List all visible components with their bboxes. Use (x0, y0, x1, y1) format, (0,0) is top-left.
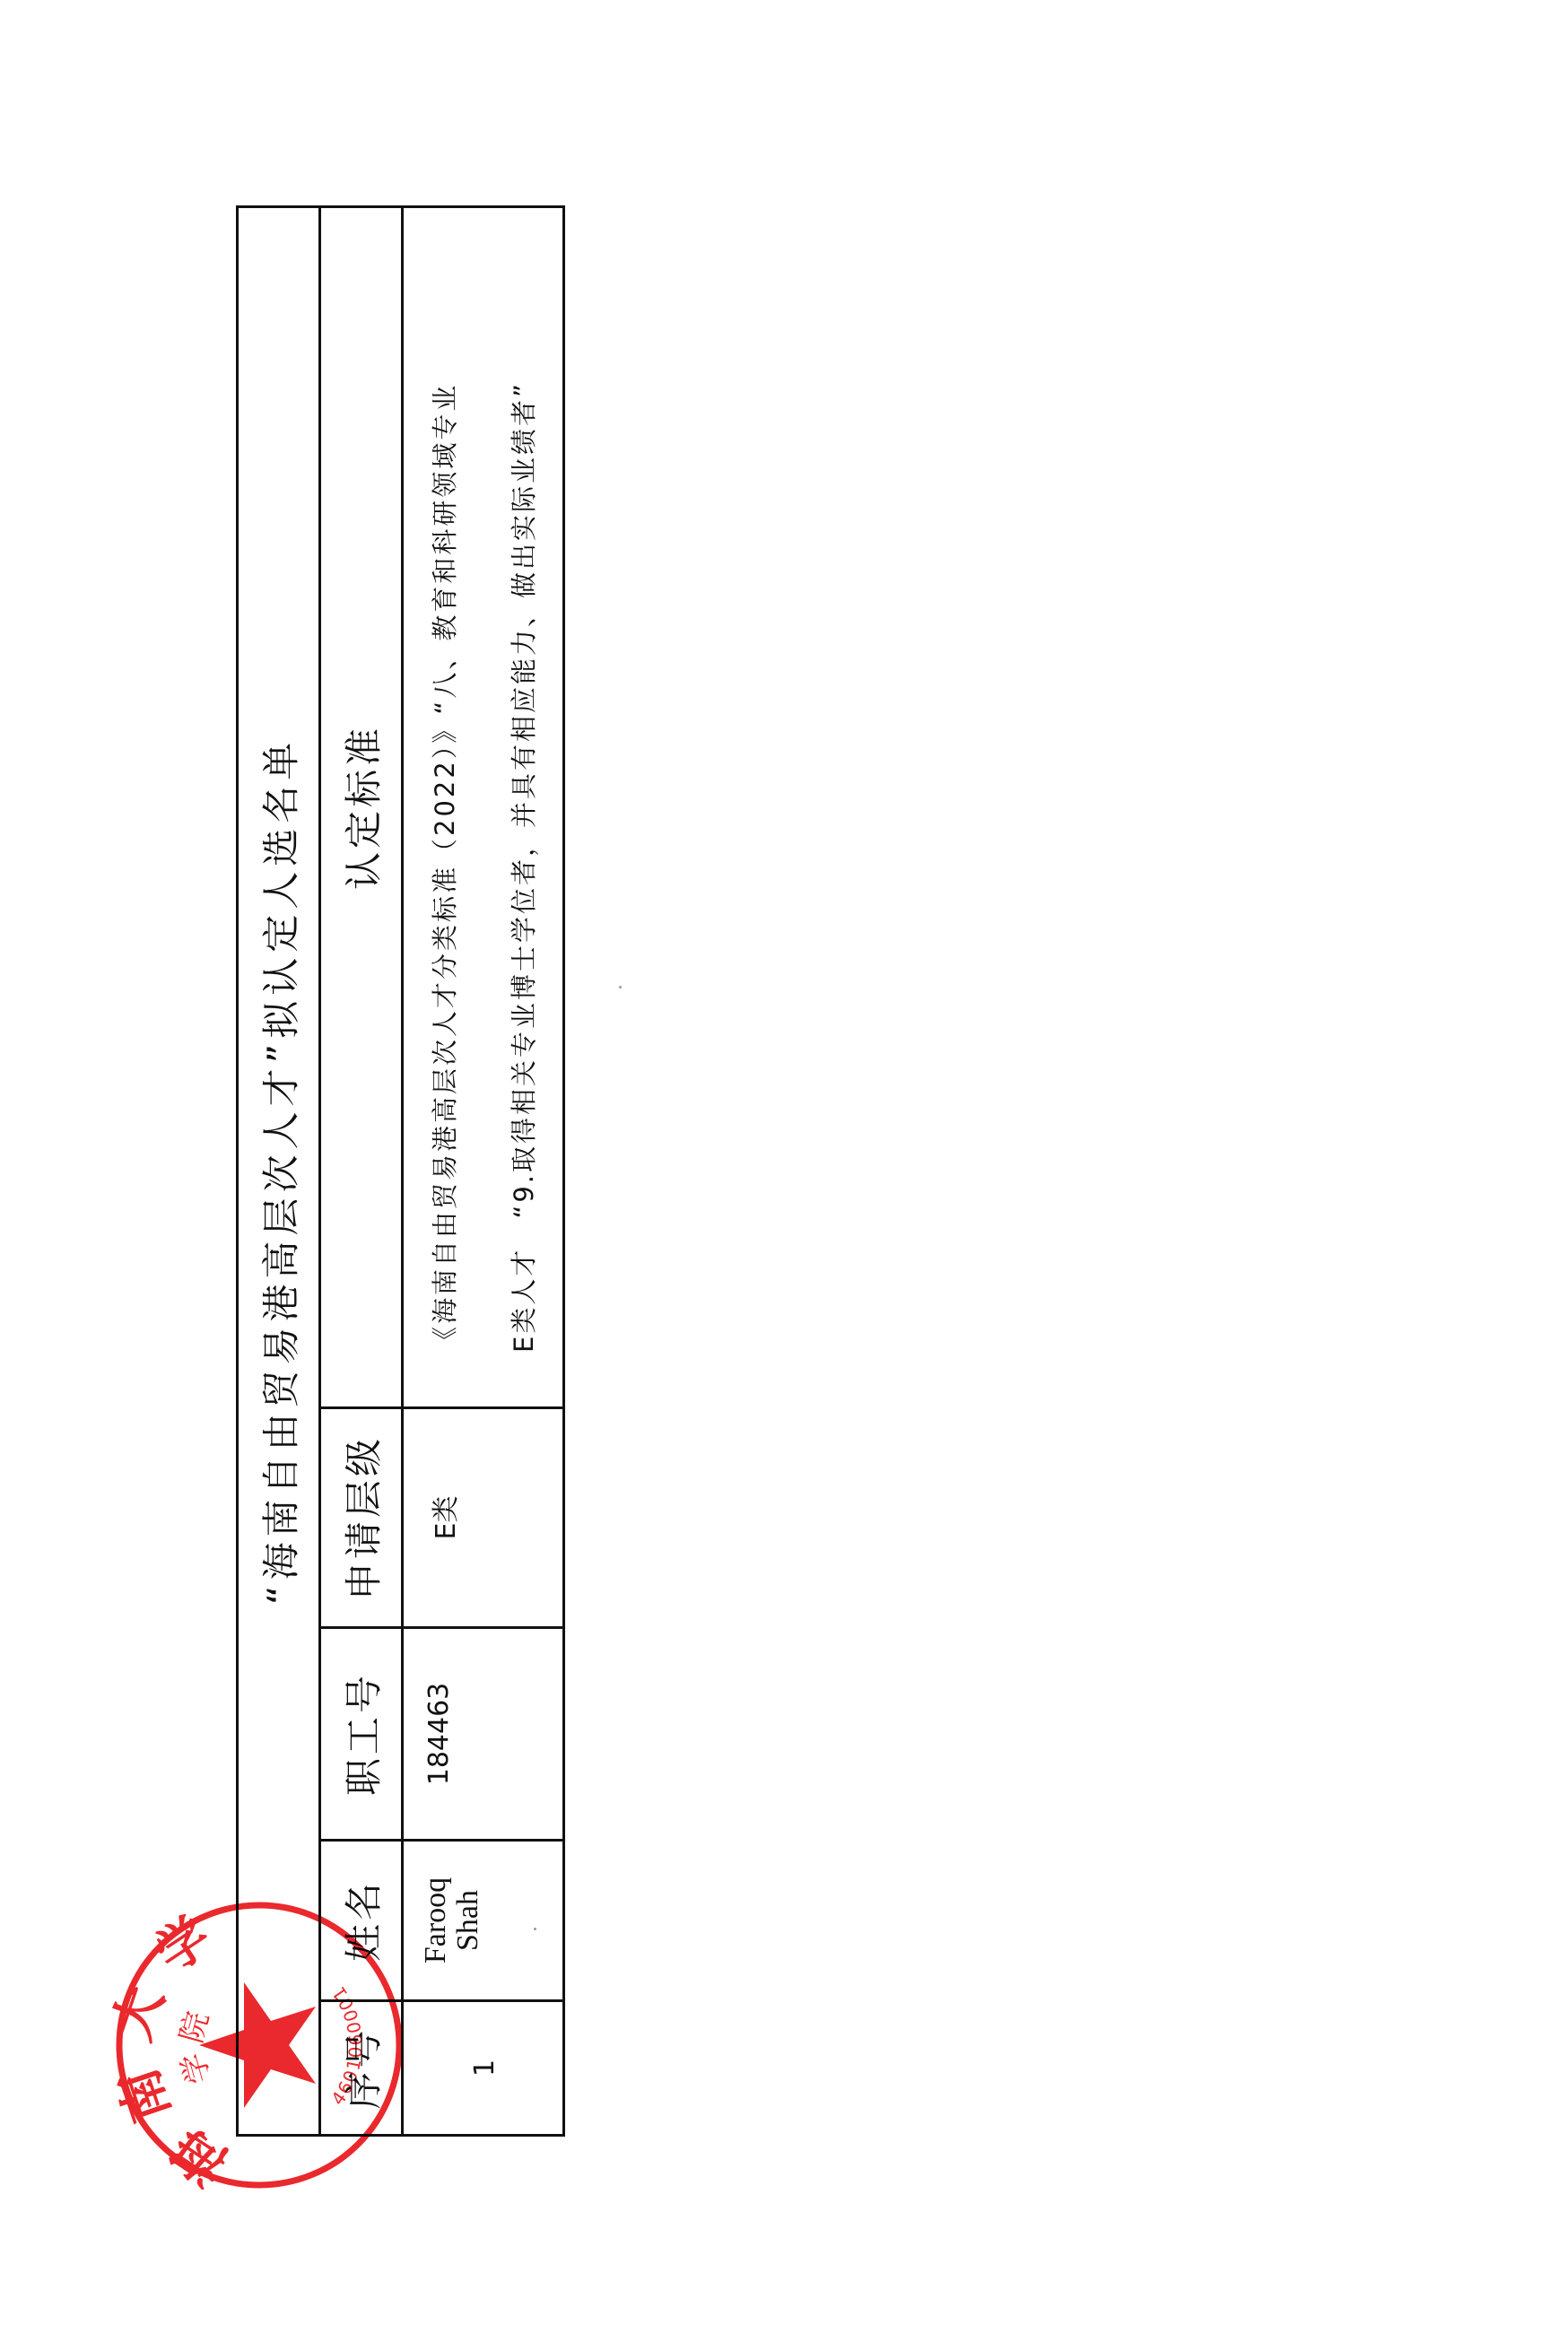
criteria-line-1: 《海南自由贸易港高层次人才分类标准（2022）》“八、教育和科研领域专业 (425, 383, 462, 1353)
cell-staff-id: 184463 (404, 1629, 565, 1839)
name-last: Shah (452, 1890, 484, 1951)
candidate-table: “海南自由贸易港高层次人才”拟认定人选名单 序号 姓名 职工号 申请层级 认定标… (236, 205, 565, 2137)
seal-inner-text: 学院 (173, 2003, 217, 2088)
header-index: 序号 (321, 2002, 402, 2134)
cell-criteria: 《海南自由贸易港高层次人才分类标准（2022）》“八、教育和科研领域专业 E类人… (404, 208, 565, 1406)
scan-speck (619, 986, 622, 988)
header-criteria: 认定标准 (321, 208, 402, 1406)
seal-outer-text: 海南大学 (111, 1897, 239, 2193)
page-title: “海南自由贸易港高层次人才”拟认定人选名单 (239, 208, 319, 2134)
header-name: 姓名 (321, 1842, 402, 1999)
criteria-line-2: E类人才 “9.取得相关专业博士学位者，并具有相应能力、做出实际业绩者” (504, 381, 541, 1353)
header-level: 申请层级 (321, 1409, 402, 1626)
cell-index: 1 (404, 2002, 565, 2134)
cell-name: Farooq Shah (404, 1842, 565, 1999)
document-sheet: “海南自由贸易港高层次人才”拟认定人选名单 序号 姓名 职工号 申请层级 认定标… (0, 0, 1568, 2325)
header-staff-id: 职工号 (321, 1629, 402, 1839)
scan-speck (534, 1928, 536, 1930)
cell-level: E类 (404, 1409, 565, 1626)
name-first: Farooq (420, 1877, 452, 1964)
